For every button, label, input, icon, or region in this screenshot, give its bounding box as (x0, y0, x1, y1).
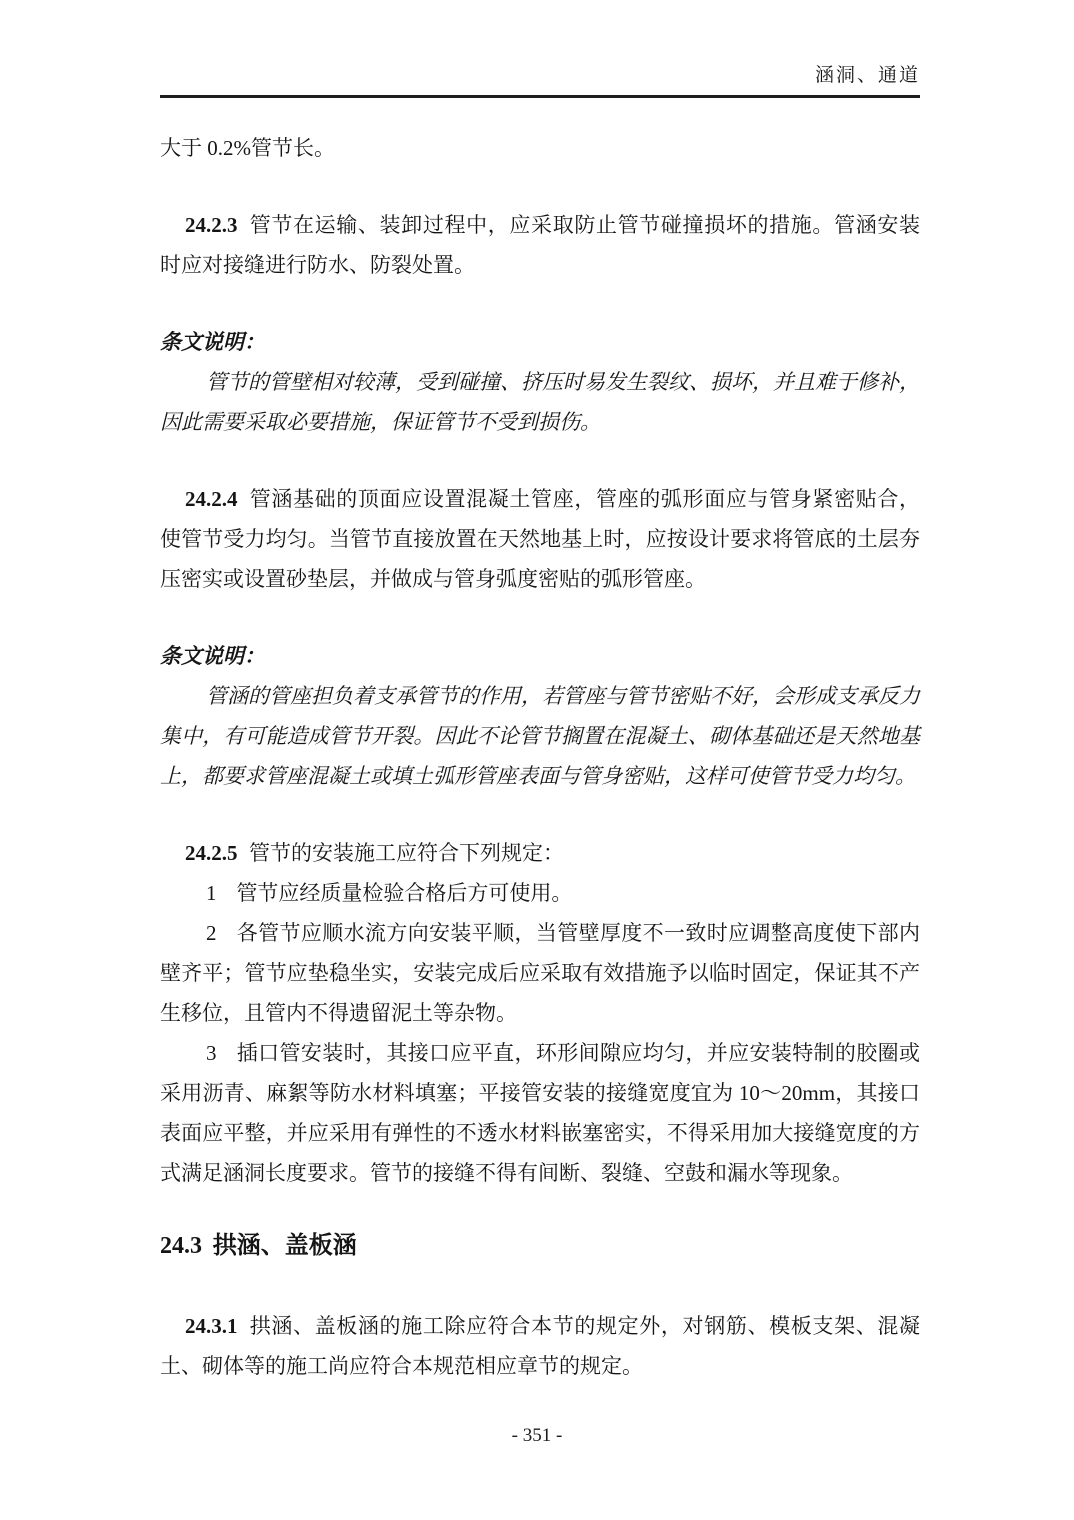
list-item-number: 2 (206, 921, 217, 945)
paragraph-text: 管涵的管座担负着支承管节的作用，若管座与管节密贴不好，会形成支承反力集中，有可能… (160, 684, 920, 788)
paragraph-text: 拱涵、盖板涵的施工除应符合本节的规定外，对钢筋、模板支架、混凝土、砌体等的施工尚… (160, 1314, 920, 1378)
list-item-number: 3 (206, 1041, 217, 1065)
paragraph-text: 管节的安装施工应符合下列规定： (249, 841, 564, 865)
clause-paragraph: 24.2.4管涵基础的顶面应设置混凝土管座，管座的弧形面应与管身紧密贴合，使管节… (160, 479, 920, 599)
commentary-paragraph: 管涵的管座担负着支承管节的作用，若管座与管节密贴不好，会形成支承反力集中，有可能… (160, 676, 920, 796)
clause-number: 24.2.4 (185, 487, 238, 511)
list-item-paragraph: 1管节应经质量检验合格后方可使用。 (160, 873, 920, 913)
page-footer: - 351 - (0, 1424, 1074, 1448)
paragraph-text: 条文说明： (160, 644, 265, 668)
clause-paragraph: 24.2.3管节在运输、装卸过程中，应采取防止管节碰撞损坏的措施。管涵安装时应对… (160, 205, 920, 285)
header-title: 涵洞、通道 (815, 65, 920, 86)
commentary-label: 条文说明： (160, 322, 920, 362)
paragraph-text: 管涵基础的顶面应设置混凝土管座，管座的弧形面应与管身紧密贴合，使管节受力均匀。当… (160, 487, 920, 591)
section-heading: 24.3拱涵、盖板涵 (160, 1223, 920, 1269)
document-page: 涵洞、通道 大于 0.2%管节长。24.2.3管节在运输、装卸过程中，应采取防止… (0, 0, 1074, 1520)
paragraph-text: 插口管安装时，其接口应平直，环形间隙应均匀，并应安装特制的胶圈或采用沥青、麻絮等… (160, 1041, 920, 1185)
clause-paragraph: 24.3.1拱涵、盖板涵的施工除应符合本节的规定外，对钢筋、模板支架、混凝土、砌… (160, 1306, 920, 1386)
paragraph-text: 拱涵、盖板涵 (213, 1233, 357, 1259)
paragraph-text: 管节应经质量检验合格后方可使用。 (236, 881, 572, 905)
page-number: - 351 - (512, 1425, 563, 1446)
clause-number: 24.3.1 (185, 1314, 238, 1338)
clause-number: 24.2.5 (185, 841, 238, 865)
body-paragraph: 大于 0.2%管节长。 (160, 128, 920, 168)
paragraph-text: 各管节应顺水流方向安装平顺，当管壁厚度不一致时应调整高度使下部内壁齐平；管节应垫… (160, 921, 920, 1025)
paragraph-text: 管节在运输、装卸过程中，应采取防止管节碰撞损坏的措施。管涵安装时应对接缝进行防水… (160, 213, 920, 277)
clause-number: 24.2.3 (185, 213, 238, 237)
list-item-paragraph: 3插口管安装时，其接口应平直，环形间隙应均匀，并应安装特制的胶圈或采用沥青、麻絮… (160, 1033, 920, 1193)
commentary-label: 条文说明： (160, 636, 920, 676)
document-content: 大于 0.2%管节长。24.2.3管节在运输、装卸过程中，应采取防止管节碰撞损坏… (160, 128, 920, 1386)
clause-number: 24.3 (160, 1233, 202, 1259)
clause-paragraph: 24.2.5管节的安装施工应符合下列规定： (160, 833, 920, 873)
paragraph-text: 管节的管壁相对较薄，受到碰撞、挤压时易发生裂纹、损坏，并且难于修补，因此需要采取… (160, 370, 920, 434)
list-item-paragraph: 2各管节应顺水流方向安装平顺，当管壁厚度不一致时应调整高度使下部内壁齐平；管节应… (160, 913, 920, 1033)
commentary-paragraph: 管节的管壁相对较薄，受到碰撞、挤压时易发生裂纹、损坏，并且难于修补，因此需要采取… (160, 362, 920, 442)
list-item-number: 1 (206, 881, 217, 905)
paragraph-text: 条文说明： (160, 330, 265, 354)
paragraph-text: 大于 0.2%管节长。 (160, 136, 335, 160)
page-header: 涵洞、通道 (160, 0, 920, 98)
